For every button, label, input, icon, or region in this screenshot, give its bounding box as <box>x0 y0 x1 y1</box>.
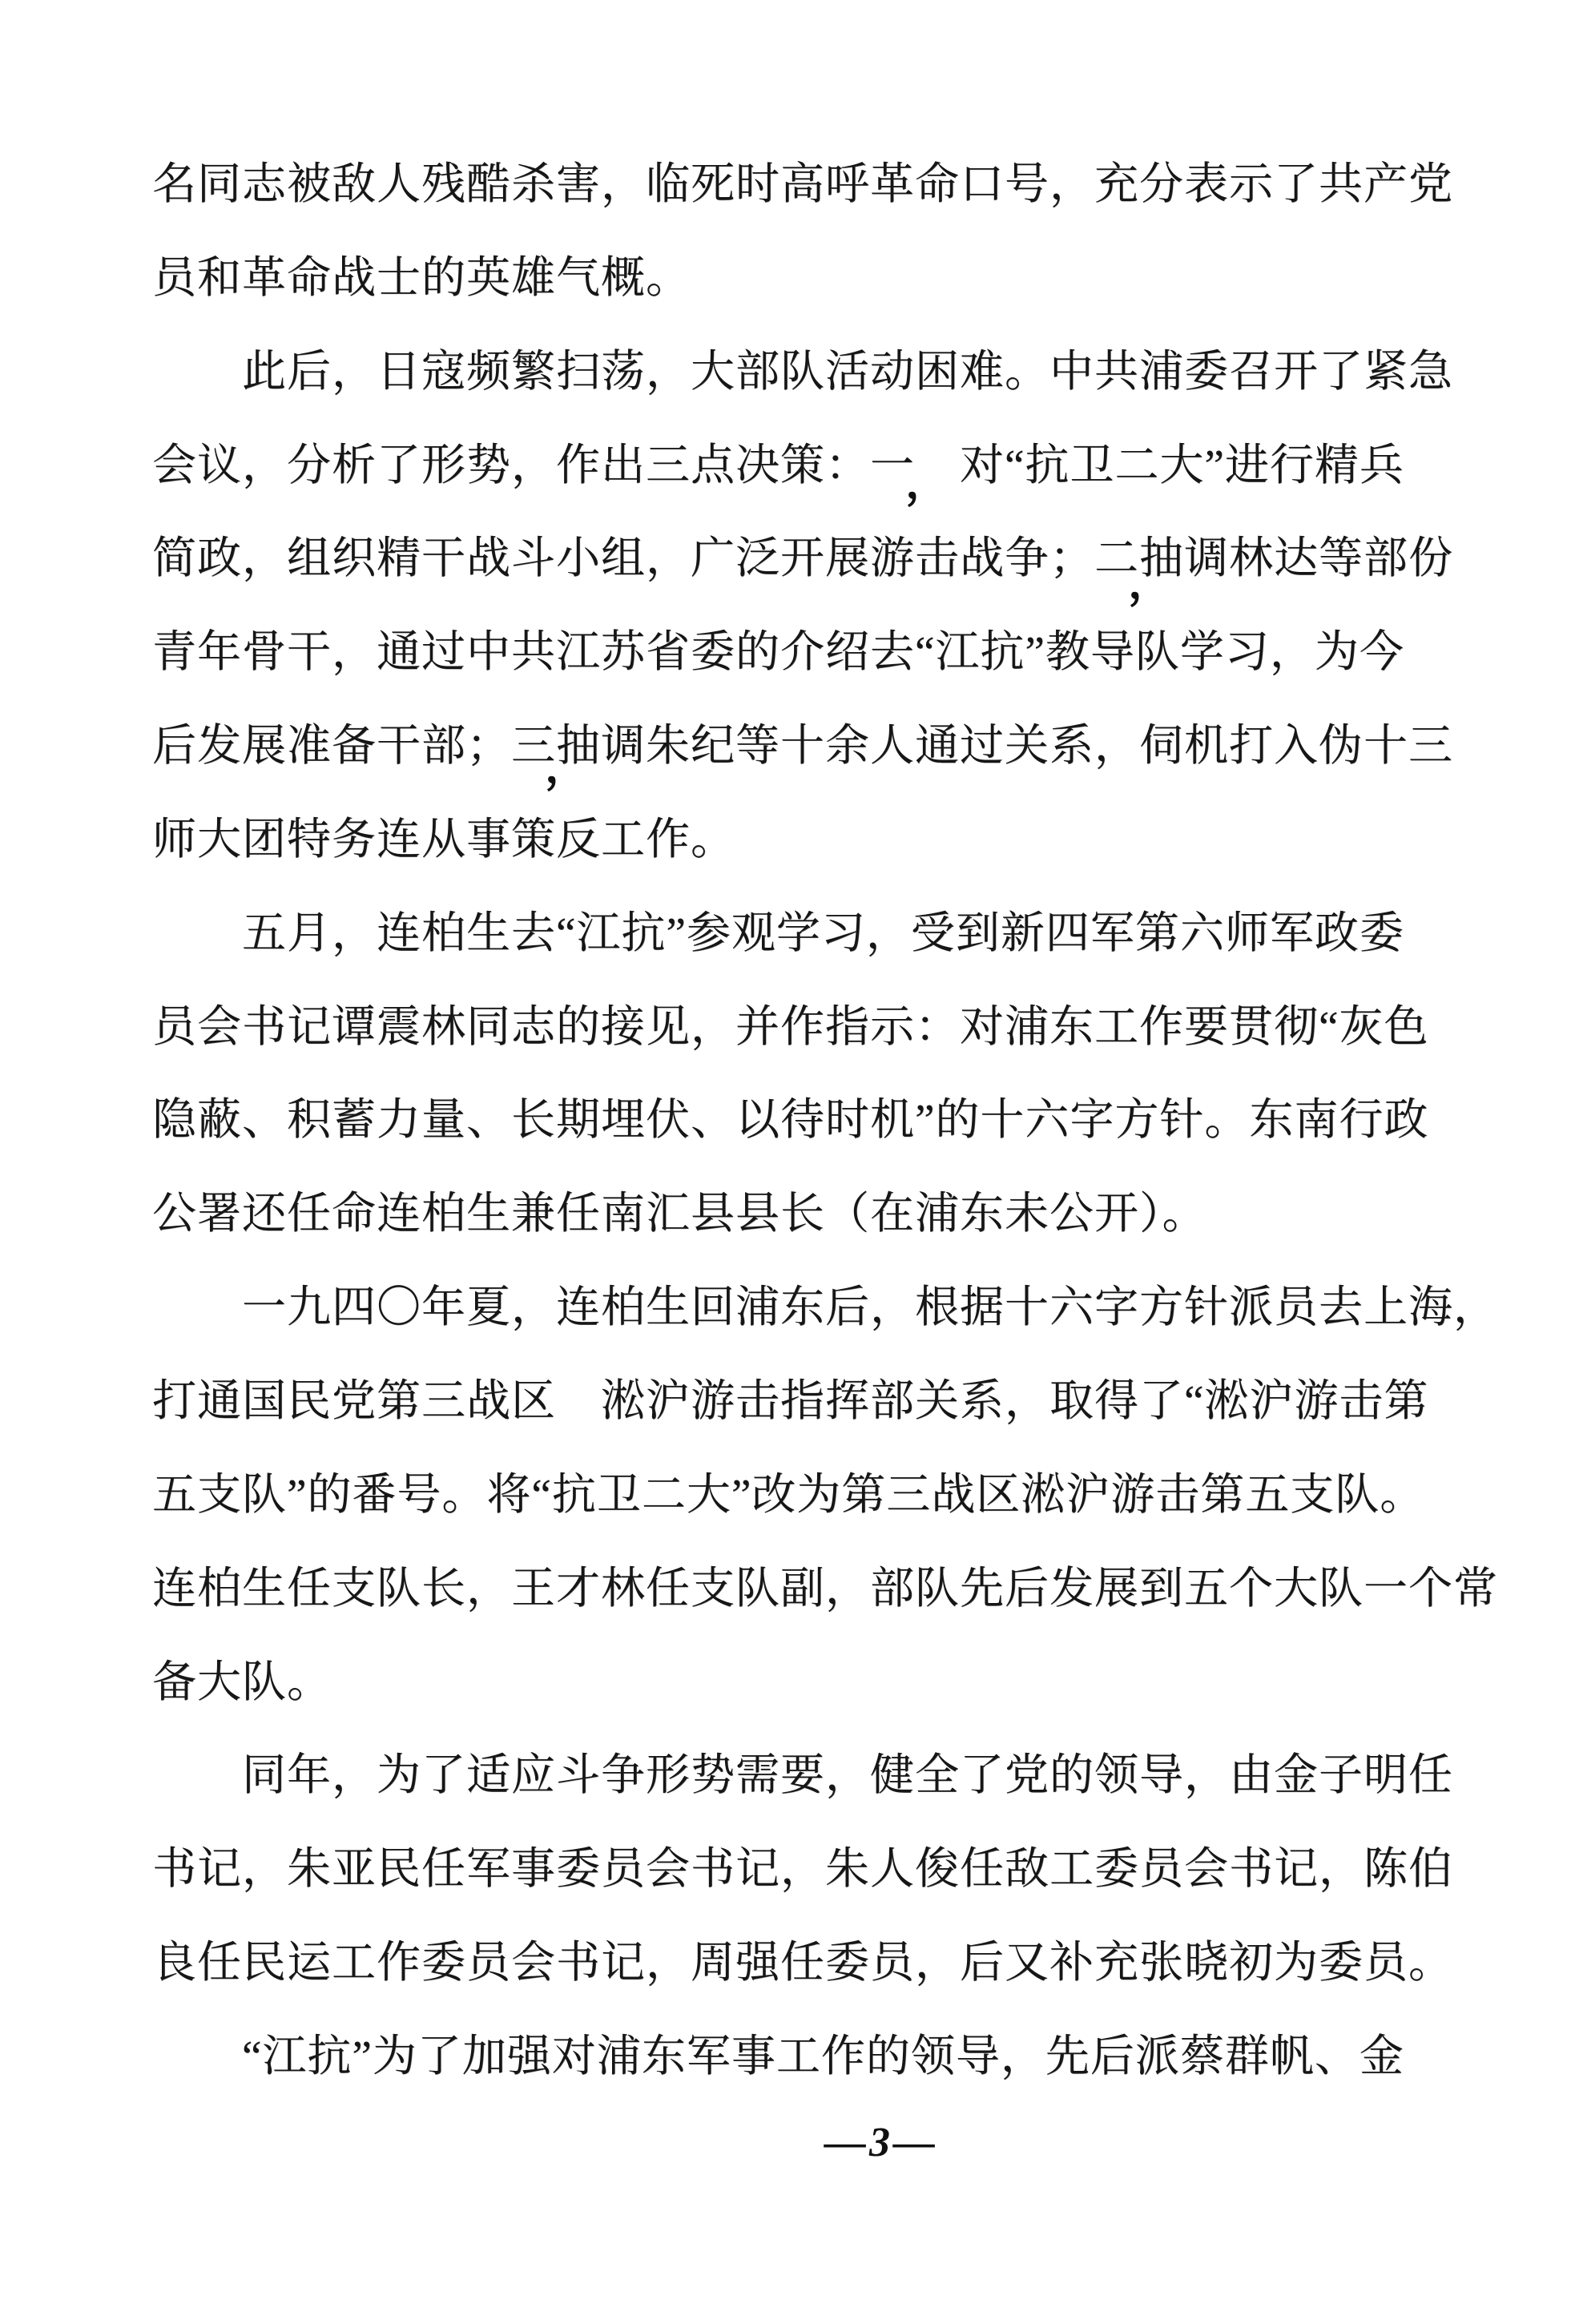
text-line: 书记，朱亚民任军事委员会书记，朱人俊任敌工委员会书记，陈伯 <box>152 1823 1450 1916</box>
text-line: 一九四〇年夏，连柏生回浦东后，根据十六字方针派员去上海， <box>152 1261 1450 1355</box>
text-line: 员会书记谭震林同志的接见，并作指示：对浦东工作要贯彻“灰色 <box>152 981 1450 1074</box>
text-line: 会议，分析了形势，作出三点决策：一 对“抗卫二大”进行精兵 <box>152 419 1450 513</box>
text-line: 公署还任命连柏生兼任南汇县县长（在浦东未公开）。 <box>152 1167 1450 1261</box>
text-line: 青年骨干，通过中共江苏省委的介绍去“江抗”教导队学习，为今 <box>152 606 1450 699</box>
text-line: 此后，日寇频繁扫荡，大部队活动困难。中共浦委召开了紧急 <box>152 325 1450 419</box>
text-line: 良任民运工作委员会书记，周强任委员，后又补充张晓初为委员。 <box>152 1916 1450 2010</box>
text-line: 备大队。 <box>152 1636 1450 1730</box>
scanned-page: 名同志被敌人残酷杀害，临死时高呼革命口号，充分表示了共产党员和革命战士的英雄气概… <box>0 0 1575 2324</box>
text-line: 连柏生任支队长，王才林任支队副，部队先后发展到五个大队一个常 <box>152 1542 1450 1636</box>
text-line: 员和革命战士的英雄气概。 <box>152 232 1450 325</box>
inserted-comma-mark: ， <box>545 745 589 789</box>
text-line: “江抗”为了加强对浦东军事工作的领导，先后派蔡群帆、金 <box>152 2010 1450 2104</box>
inserted-comma-mark: ， <box>1128 561 1172 605</box>
text-line: 五支队”的番号。将“抗卫二大”改为第三战区淞沪游击第五支队。 <box>152 1448 1450 1542</box>
page-number: —3— <box>793 2119 969 2167</box>
inserted-comma-mark: ， <box>905 461 949 505</box>
text-line: 隐蔽、积蓄力量、长期埋伏、以待时机”的十六字方针。东南行政 <box>152 1073 1450 1167</box>
text-line: 五月，连柏生去“江抗”参观学习，受到新四军第六师军政委 <box>152 887 1450 981</box>
document-body: 名同志被敌人残酷杀害，临死时高呼革命口号，充分表示了共产党员和革命战士的英雄气概… <box>152 138 1450 2104</box>
text-line: 后发展准备干部；三抽调朱纪等十余人通过关系，伺机打入伪十三 <box>152 699 1450 793</box>
text-line: 简政，组织精干战斗小组，广泛开展游击战争；二抽调林达等部份 <box>152 512 1450 606</box>
text-line: 打通国民党第三战区 淞沪游击指挥部关系，取得了“淞沪游击第 <box>152 1355 1450 1448</box>
text-line: 同年，为了适应斗争形势需要，健全了党的领导，由金子明任 <box>152 1729 1450 1823</box>
text-line: 师大团特务连从事策反工作。 <box>152 793 1450 887</box>
text-line: 名同志被敌人残酷杀害，临死时高呼革命口号，充分表示了共产党 <box>152 138 1450 232</box>
